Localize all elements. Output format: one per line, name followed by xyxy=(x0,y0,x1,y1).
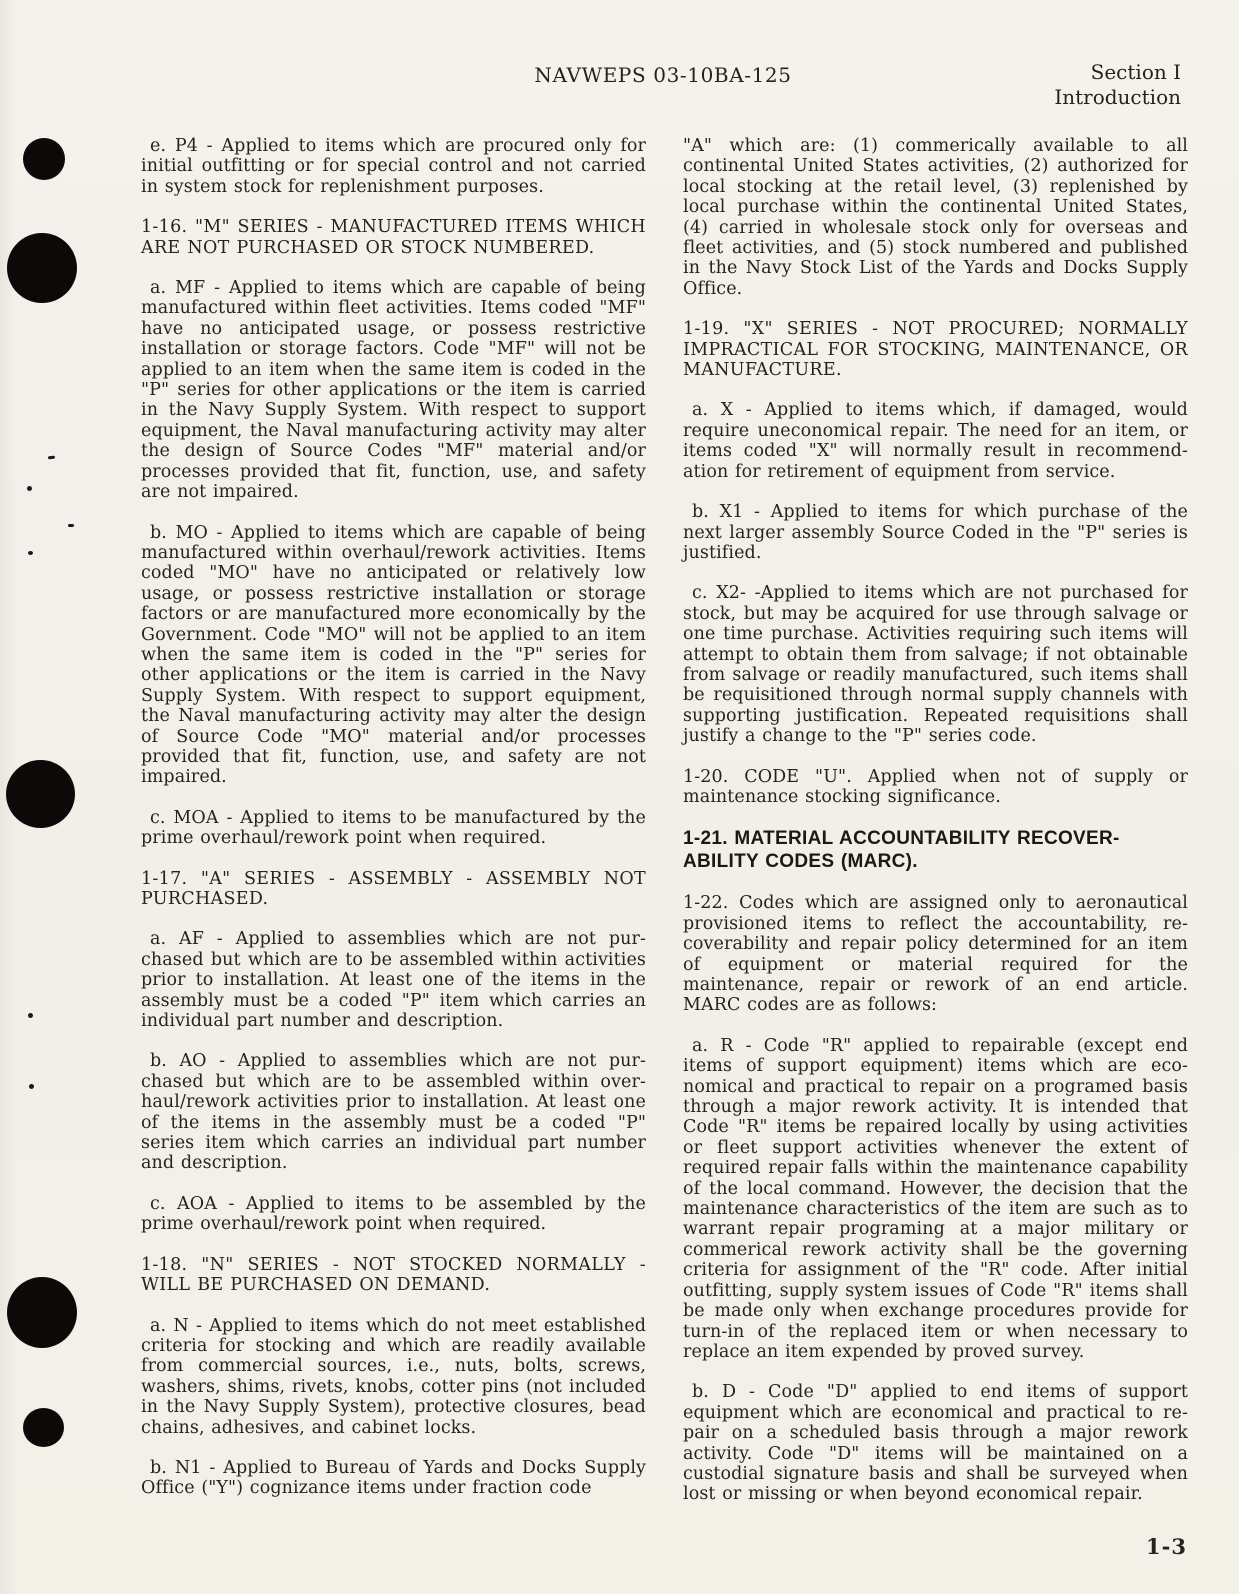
paragraph-b-d: b. D - Code "D" applied to end items of … xyxy=(683,1382,1188,1504)
left-column: e. P4 - Applied to items which are procu… xyxy=(141,136,646,1519)
paragraph-a-mf: a. MF - Applied to items which are capab… xyxy=(141,278,646,502)
punch-hole-mark xyxy=(23,1408,64,1447)
punch-hole-mark xyxy=(23,138,65,180)
scan-speck xyxy=(48,456,55,460)
paragraph-a-n: a. N - Applied to items which do not mee… xyxy=(141,1316,646,1438)
heading-1-17: 1-17. "A" SERIES - ASSEMBLY - ASSEMBLY N… xyxy=(141,869,646,910)
scan-speck xyxy=(27,486,32,491)
scan-speck xyxy=(28,1013,33,1018)
page-header-section: Section I Introduction xyxy=(1054,60,1181,110)
paragraph-a-x: a. X - Applied to items which, if damage… xyxy=(683,400,1188,482)
heading-1-21-marc: 1-21. MATERIAL ACCOUNTABILITY RECOVER-AB… xyxy=(683,827,1188,873)
paragraph-e-p4: e. P4 - Applied to items which are procu… xyxy=(141,136,646,197)
heading-1-19: 1-19. "X" SERIES - NOT PROCURED; NORMALL… xyxy=(683,319,1188,380)
paragraph-a-af: a. AF - Applied to assemblies which are … xyxy=(141,929,646,1031)
heading-1-18: 1-18. "N" SERIES - NOT STOCKED NORMALLY … xyxy=(141,1255,646,1296)
document-page: NAVWEPS 03-10BA-125 Section I Introducti… xyxy=(0,0,1239,1594)
punch-hole-mark xyxy=(7,233,77,303)
page-number: 1-3 xyxy=(1146,1534,1187,1559)
right-column: "A" which are: (1) commerically availabl… xyxy=(683,136,1188,1525)
scan-speck xyxy=(29,1084,34,1089)
paragraph-b-ao: b. AO - Applied to assemblies which are … xyxy=(141,1051,646,1173)
paragraph-c-x2: c. X2- -Applied to items which are not p… xyxy=(683,583,1188,746)
doc-number: NAVWEPS 03-10BA-125 xyxy=(140,63,1186,87)
punch-hole-mark xyxy=(7,1277,77,1348)
heading-1-16: 1-16. "M" SERIES - MANUFACTURED ITEMS WH… xyxy=(141,217,646,258)
scan-speck xyxy=(28,551,33,555)
paragraph-1-22: 1-22. Codes which are assigned only to a… xyxy=(683,893,1188,1015)
paragraph-b-mo: b. MO - Applied to items which are capab… xyxy=(141,523,646,788)
scan-speck xyxy=(68,524,74,527)
paragraph-a-continuation: "A" which are: (1) commerically availabl… xyxy=(683,136,1188,299)
paragraph-c-aoa: c. AOA - Applied to items to be assemble… xyxy=(141,1194,646,1235)
paragraph-1-20: 1-20. CODE "U". Applied when not of supp… xyxy=(683,767,1188,808)
paragraph-b-n1: b. N1 - Applied to Bureau of Yards and D… xyxy=(141,1458,646,1499)
section-label: Section I xyxy=(1054,60,1181,85)
paragraph-c-moa: c. MOA - Applied to items to be manufact… xyxy=(141,808,646,849)
paragraph-b-x1: b. X1 - Applied to items for which purch… xyxy=(683,502,1188,563)
paragraph-a-r: a. R - Code "R" applied to repairable (e… xyxy=(683,1036,1188,1363)
punch-hole-mark xyxy=(6,760,75,828)
introduction-label: Introduction xyxy=(1054,85,1181,110)
